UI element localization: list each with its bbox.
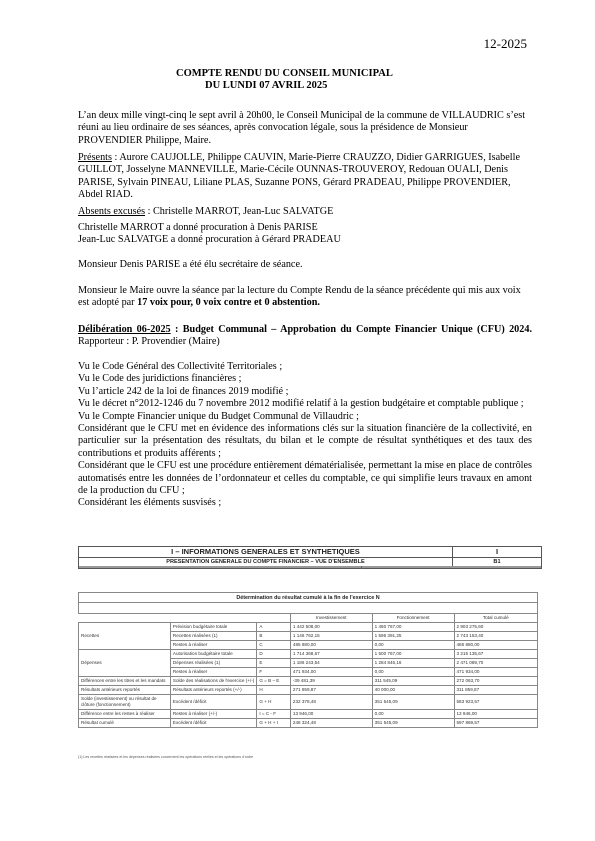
- intro-text: L’an deux mille vingt-cinq le sept avril…: [78, 110, 532, 147]
- row-label: Prévision budgétaire totale: [170, 623, 256, 632]
- title-line-1: COMPTE RENDU DU CONSEIL MUNICIPAL: [0, 68, 595, 80]
- presents-list: : Aurore CAUJOLLE, Philippe CAUVIN, Mari…: [78, 152, 520, 200]
- visas-list: Vu le Code Général des Collectivité Terr…: [78, 361, 532, 510]
- procurations: Christelle MARROT a donné procuration à …: [78, 222, 532, 247]
- column-header: Total cumulé: [454, 614, 538, 623]
- section-code: I: [453, 547, 541, 557]
- visa-item: Vu le Compte Financier unique du Budget …: [78, 411, 532, 423]
- row-value: 0,00: [372, 641, 454, 650]
- secretaire-text: Monsieur Denis PARISE a été élu secrétai…: [78, 259, 532, 271]
- table-blank-row: [79, 603, 538, 614]
- secretaire-paragraph: Monsieur Denis PARISE a été élu secrétai…: [78, 259, 532, 271]
- row-value: 3 215 135,67: [454, 650, 538, 659]
- considerant-item: Considérant les éléments susvisés ;: [78, 497, 532, 509]
- row-label: Dépenses réalisées (1): [170, 659, 256, 668]
- intro-paragraph: L’an deux mille vingt-cinq le sept avril…: [78, 110, 532, 147]
- row-value: 232 378,48: [290, 695, 372, 710]
- table-row: DépensesAutorisation budgétaire totaleD1…: [79, 650, 538, 659]
- considerant-item: Considérant que le CFU met en évidence d…: [78, 423, 532, 460]
- row-value: 1 596 391,25: [372, 632, 454, 641]
- absents-paragraph: Absents excusés : Christelle MARROT, Jea…: [78, 206, 532, 218]
- visa-item: Vu l’article 242 de la loi de finances 2…: [78, 386, 532, 398]
- row-label: Excédent /déficit: [170, 695, 256, 710]
- row-code: A: [257, 623, 291, 632]
- row-value: 583 923,57: [454, 695, 538, 710]
- row-label: Recettes réalisées (1): [170, 632, 256, 641]
- row-code: G = B – E: [257, 677, 291, 686]
- row-value: 597 869,57: [454, 719, 538, 728]
- absents-list: : Christelle MARROT, Jean-Luc SALVATGE: [145, 206, 333, 217]
- subtitle-code: B1: [453, 558, 541, 566]
- considerant-item: Considérant que le CFU est une procédure…: [78, 460, 532, 497]
- title-line-2: DU LUNDI 07 AVRIL 2025: [0, 80, 595, 92]
- column-header: Fonctionnement: [372, 614, 454, 623]
- row-value: 351 545,09: [372, 695, 454, 710]
- column-header: Investissement: [290, 614, 372, 623]
- page-number: 12-2025: [484, 36, 527, 52]
- row-value: 1 186 243,54: [290, 659, 372, 668]
- row-value: 2 903 275,60: [454, 623, 538, 632]
- row-category: Différence entre les restes à réaliser: [79, 710, 171, 719]
- row-value: 1 500 767,00: [372, 650, 454, 659]
- table-row: Solde (investissement) ou résultat de cl…: [79, 695, 538, 710]
- visa-item: Vu le décret n°2012-1246 du 7 novembre 2…: [78, 398, 532, 410]
- section-title: I – INFORMATIONS GENERALES ET SYNTHETIQU…: [79, 547, 453, 557]
- row-value: 1 442 508,00: [290, 623, 372, 632]
- absents-label: Absents excusés: [78, 206, 145, 217]
- row-value: 1 714 368,67: [290, 650, 372, 659]
- row-label: Solde des réalisations de l'exercice (+/…: [170, 677, 256, 686]
- row-value: 0,00: [372, 710, 454, 719]
- presents-paragraph: Présents : Aurore CAUJOLLE, Philippe CAU…: [78, 152, 532, 202]
- row-label: Restes à réaliser (+/-): [170, 710, 256, 719]
- visa-item: Vu le Code Général des Collectivité Terr…: [78, 361, 532, 373]
- row-value: 351 545,09: [372, 719, 454, 728]
- row-category: Résultats antérieurs reportés: [79, 686, 171, 695]
- row-code: H: [257, 686, 291, 695]
- table-row: Différence entre les restes à réaliserRe…: [79, 710, 538, 719]
- deliberation-title: : Budget Communal – Approbation du Compt…: [171, 324, 532, 335]
- row-value: 246 324,48: [290, 719, 372, 728]
- presents-label: Présents: [78, 152, 112, 163]
- visa-item: Vu le Code des juridictions financières …: [78, 373, 532, 385]
- row-value: 2 471 089,70: [454, 659, 538, 668]
- row-category: Dépenses: [79, 650, 171, 677]
- row-code: D: [257, 650, 291, 659]
- section-header-box: I – INFORMATIONS GENERALES ET SYNTHETIQU…: [78, 546, 542, 569]
- row-label: Résultats antérieurs reportés (+/-): [170, 686, 256, 695]
- table-row: Résultats antérieurs reportésRésultats a…: [79, 686, 538, 695]
- row-code: B: [257, 632, 291, 641]
- procuration-line: Christelle MARROT a donné procuration à …: [78, 222, 532, 234]
- row-value: -39 481,39: [290, 677, 372, 686]
- procuration-line: Jean-Luc SALVATGE a donné procuration à …: [78, 234, 532, 246]
- row-value: 1 460 767,00: [372, 623, 454, 632]
- row-value: 311 859,87: [454, 686, 538, 695]
- resultat-table: Détermination du résultat cumulé à la fi…: [78, 592, 538, 728]
- table-row: Différences entre les titres et les mand…: [79, 677, 538, 686]
- row-category: Résultat cumulé: [79, 719, 171, 728]
- table-row: Résultat cumuléExcédent /déficitG + H + …: [79, 719, 538, 728]
- row-value: 485 880,00: [454, 641, 538, 650]
- row-category: Différences entre les titres et les mand…: [79, 677, 171, 686]
- row-value: 311 545,09: [372, 677, 454, 686]
- row-value: 272 063,70: [454, 677, 538, 686]
- ouverture-paragraph: Monsieur le Maire ouvre la séance par la…: [78, 285, 532, 310]
- vote-result: 17 voix pour, 0 voix contre et 0 abstent…: [137, 297, 320, 308]
- row-category: Solde (investissement) ou résultat de cl…: [79, 695, 171, 710]
- row-code: F: [257, 668, 291, 677]
- deliberation-label: Délibération 06-2025: [78, 324, 171, 335]
- row-value: 0,00: [372, 668, 454, 677]
- row-value: 271 859,87: [290, 686, 372, 695]
- row-value: 2 743 153,40: [454, 632, 538, 641]
- row-value: 1 146 762,15: [290, 632, 372, 641]
- row-label: Restes à réaliser: [170, 668, 256, 677]
- row-value: 1 284 846,16: [372, 659, 454, 668]
- table-caption: Détermination du résultat cumulé à la fi…: [79, 593, 538, 603]
- row-category: Recettes: [79, 623, 171, 650]
- row-code: I = C - F: [257, 710, 291, 719]
- deliberation-rapporteur: Rapporteur : P. Provendier (Maire): [78, 336, 220, 347]
- row-label: Restes à réaliser: [170, 641, 256, 650]
- row-label: Autorisation budgétaire totale: [170, 650, 256, 659]
- row-value: 40 000,00: [372, 686, 454, 695]
- page-title: COMPTE RENDU DU CONSEIL MUNICIPAL DU LUN…: [0, 68, 595, 92]
- deliberation-heading: Délibération 06-2025 : Budget Communal –…: [78, 324, 532, 349]
- red-mark: [361, 566, 362, 569]
- row-value: 471 934,00: [454, 668, 538, 677]
- table-row: RecettesPrévision budgétaire totaleA1 44…: [79, 623, 538, 632]
- row-code: E: [257, 659, 291, 668]
- row-value: 13 946,00: [290, 710, 372, 719]
- row-code: G + H + I: [257, 719, 291, 728]
- row-code: C: [257, 641, 291, 650]
- table-footnote: (1) Les recettes réalisées et les dépens…: [78, 755, 253, 759]
- row-value: 471 934,00: [290, 668, 372, 677]
- table-header-empty: [79, 614, 291, 623]
- row-value: 13 946,00: [454, 710, 538, 719]
- row-code: G + H: [257, 695, 291, 710]
- section-subtitle: PRESENTATION GENERALE DU COMPTE FINANCIE…: [79, 558, 453, 566]
- row-value: 485 880,00: [290, 641, 372, 650]
- row-label: Excédent /déficit: [170, 719, 256, 728]
